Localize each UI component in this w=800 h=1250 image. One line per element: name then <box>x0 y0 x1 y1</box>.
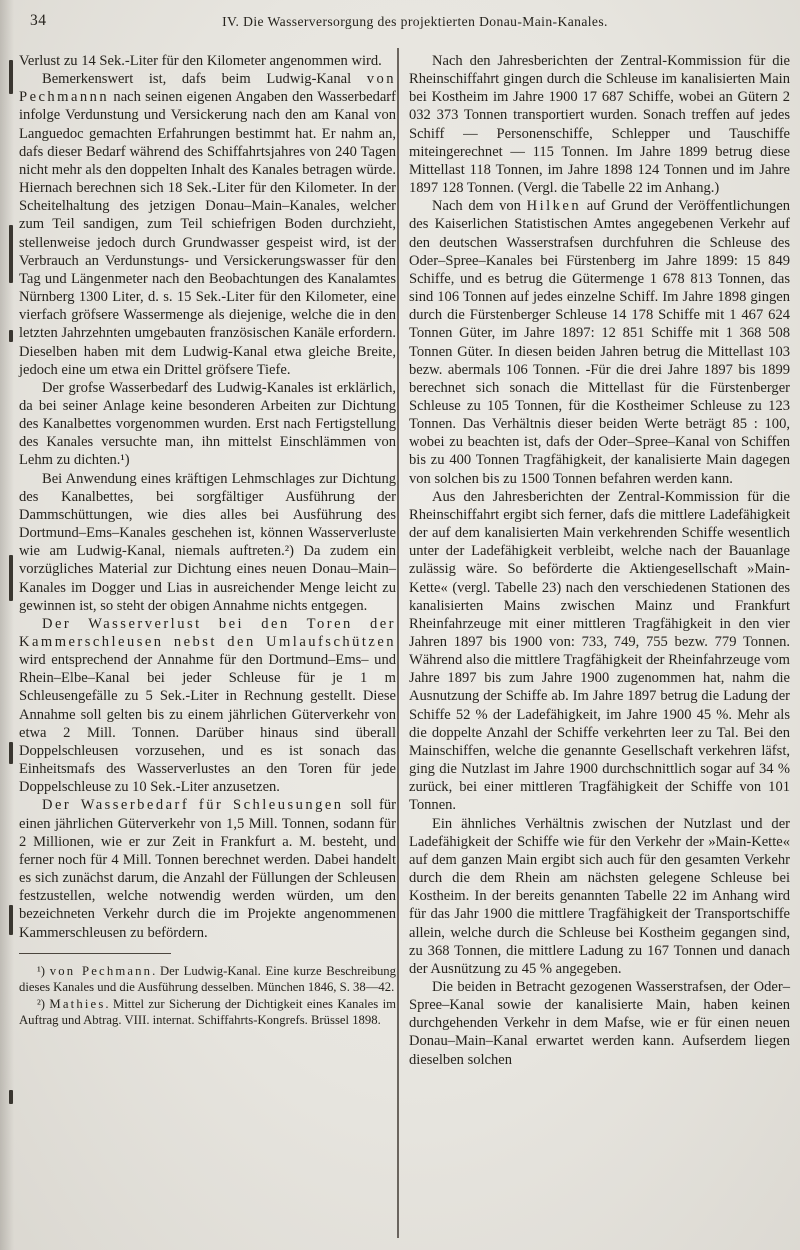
paragraph: ²) Mathies. Mittel zur Sicherung der Dic… <box>19 996 396 1029</box>
emphasized-text: von Pechmann <box>50 964 152 978</box>
body-text: Die beiden in Betracht gezogenen Wassers… <box>409 979 790 1068</box>
body-text: Bemerkenswert ist, dafs beim Ludwig-Kana… <box>42 71 367 87</box>
footnotes: ¹) von Pechmann. Der Ludwig-Kanal. Eine … <box>19 963 396 1029</box>
body-text: Aus den Jahresberichten der Zentral-Komm… <box>409 489 790 814</box>
body-text: Bei Anwendung eines kräftigen Lehmschlag… <box>19 471 396 614</box>
right-column-text: Nach den Jahresberichten der Zentral-Kom… <box>409 52 790 1069</box>
body-text: Nach den Jahresberichten der Zentral-Kom… <box>409 53 790 196</box>
paragraph: Aus den Jahresberichten der Zentral-Komm… <box>409 488 790 815</box>
body-text: ¹) <box>37 964 50 978</box>
body-text: Verlust zu 14 Sek.-Liter für den Kilomet… <box>19 53 382 69</box>
paragraph: Verlust zu 14 Sek.-Liter für den Kilomet… <box>19 52 396 70</box>
body-text: Der grofse Wasserbedarf des Ludwig-Kanal… <box>19 380 396 469</box>
body-text: nach seinen eigenen Angaben den Wasserbe… <box>19 89 396 377</box>
emphasized-text: Der Wasserbedarf für Schleusungen <box>42 797 344 813</box>
book-page: 34 IV. Die Wasserversorgung des projekti… <box>0 0 800 1250</box>
emphasized-text: Mathies <box>49 997 105 1011</box>
scan-artifact <box>9 555 13 601</box>
left-column-text: Verlust zu 14 Sek.-Liter für den Kilomet… <box>19 52 396 942</box>
scan-artifact <box>9 1090 13 1104</box>
paragraph: ¹) von Pechmann. Der Ludwig-Kanal. Eine … <box>19 963 396 996</box>
scan-artifact <box>9 225 13 283</box>
page-number: 34 <box>30 12 47 30</box>
paragraph: Der Wasserverlust bei den Toren der Kamm… <box>19 615 396 797</box>
body-text: wird entsprechend der Annahme für den Do… <box>19 652 396 795</box>
left-column: Verlust zu 14 Sek.-Liter für den Kilomet… <box>19 52 396 1029</box>
paragraph: Nach den Jahresberichten der Zentral-Kom… <box>409 52 790 197</box>
scan-artifact <box>9 742 13 764</box>
emphasized-text: Der Wasserverlust bei den Toren der Kamm… <box>19 616 396 650</box>
paragraph: Die beiden in Betracht gezogenen Wassers… <box>409 978 790 1069</box>
body-text: Nach dem von <box>432 198 527 214</box>
paragraph: Der grofse Wasserbedarf des Ludwig-Kanal… <box>19 379 396 470</box>
paragraph: Ein ähnliches Verhältnis zwischen der Nu… <box>409 815 790 978</box>
column-divider <box>397 48 399 1238</box>
body-text: ²) <box>37 997 49 1011</box>
footnote-rule <box>19 953 171 954</box>
running-title: IV. Die Wasserversorgung des projektiert… <box>90 14 740 30</box>
scan-artifact <box>9 905 13 935</box>
paragraph: Bei Anwendung eines kräftigen Lehmschlag… <box>19 470 396 615</box>
body-text: Ein ähnliches Verhältnis zwischen der Nu… <box>409 816 790 977</box>
body-text: soll für einen jährlichen Güterverkehr v… <box>19 797 396 940</box>
emphasized-text: Hilken <box>527 198 581 214</box>
body-text: auf Grund der Veröffentlichungen des Kai… <box>409 198 790 486</box>
right-column: Nach den Jahresberichten der Zentral-Kom… <box>409 52 790 1069</box>
scan-artifact <box>9 330 13 342</box>
paragraph: Nach dem von Hilken auf Grund der Veröff… <box>409 197 790 488</box>
scan-artifact <box>9 60 13 94</box>
paragraph: Bemerkenswert ist, dafs beim Ludwig-Kana… <box>19 70 396 379</box>
paragraph: Der Wasserbedarf für Schleusungen soll f… <box>19 796 396 941</box>
